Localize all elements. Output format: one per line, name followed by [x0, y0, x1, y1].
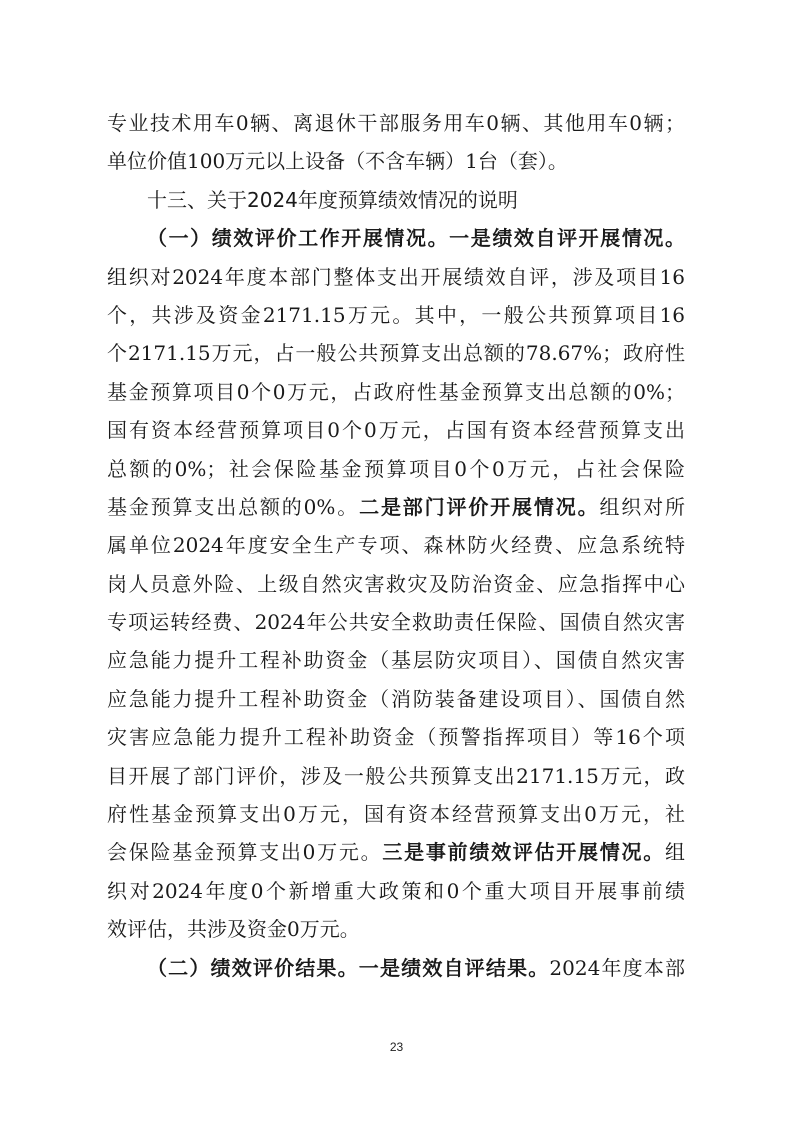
paragraph-line: 效评估，共涉及资金0万元。 — [107, 910, 685, 948]
paragraph-line: 目开展了部门评价，涉及一般公共预算支出2171.15万元，政 — [107, 757, 685, 795]
text-run: 2024年度本部 — [549, 956, 685, 980]
paragraph-line: 国有资本经营预算项目0个0万元，占国有资本经营预算支出 — [107, 411, 685, 449]
paragraph-line: 岗人员意外险、上级自然灾害救灾及防治资金、应急指挥中心 — [107, 565, 685, 603]
paragraph-line: 单位价值100万元以上设备（不含车辆）1台（套）。 — [107, 142, 685, 180]
bold-lead: 二是部门评价开展情况。 — [359, 495, 599, 519]
subsection-heading: （二）绩效评价结果。一是绩效自评结果。2024年度本部 — [107, 949, 685, 987]
text-run: 组织对所 — [599, 495, 685, 519]
paragraph-line: 应急能力提升工程补助资金（基层防灾项目）、国债自然灾害 — [107, 641, 685, 679]
section-heading: 十三、关于2024年度预算绩效情况的说明 — [107, 181, 685, 219]
bold-lead: （一）绩效评价工作开展情况。一是绩效自评开展情况。 — [147, 226, 685, 250]
paragraph-line: 灾害应急能力提升工程补助资金（预警指挥项目）等16个项 — [107, 718, 685, 756]
bold-lead: （二）绩效评价结果。一是绩效自评结果。 — [147, 956, 549, 980]
paragraph-line: 专项运转经费、2024年公共安全救助责任保险、国债自然灾害 — [107, 603, 685, 641]
paragraph-line: 专业技术用车0辆、离退休干部服务用车0辆、其他用车0辆； — [107, 104, 685, 142]
paragraph-line: 个2171.15万元，占一般公共预算支出总额的78.67%；政府性 — [107, 334, 685, 372]
document-body: 专业技术用车0辆、离退休干部服务用车0辆、其他用车0辆； 单位价值100万元以上… — [107, 104, 685, 987]
paragraph-line: 属单位2024年度安全生产专项、森林防火经费、应急系统特 — [107, 526, 685, 564]
paragraph-line: 总额的0%；社会保险基金预算项目0个0万元，占社会保险 — [107, 450, 685, 488]
paragraph-line: 府性基金预算支出0万元，国有资本经营预算支出0万元，社 — [107, 795, 685, 833]
paragraph-line: 个，共涉及资金2171.15万元。其中，一般公共预算项目16 — [107, 296, 685, 334]
paragraph-line: 应急能力提升工程补助资金（消防装备建设项目）、国债自然 — [107, 680, 685, 718]
paragraph-line: 会保险基金预算支出0万元。三是事前绩效评估开展情况。组 — [107, 833, 685, 871]
paragraph-line: 基金预算支出总额的0%。二是部门评价开展情况。组织对所 — [107, 488, 685, 526]
bold-lead: 三是事前绩效评估开展情况。 — [382, 840, 665, 864]
page-number: 23 — [0, 1040, 793, 1054]
paragraph-line: 组织对2024年度本部门整体支出开展绩效自评，涉及项目16 — [107, 258, 685, 296]
subsection-heading: （一）绩效评价工作开展情况。一是绩效自评开展情况。 — [107, 219, 685, 257]
text-run: 会保险基金预算支出0万元。 — [107, 840, 382, 864]
text-run: 组 — [665, 840, 685, 864]
paragraph-line: 基金预算项目0个0万元，占政府性基金预算支出总额的0%； — [107, 373, 685, 411]
text-run: 基金预算支出总额的0%。 — [107, 495, 359, 519]
paragraph-line: 织对2024年度0个新增重大政策和0个重大项目开展事前绩 — [107, 872, 685, 910]
